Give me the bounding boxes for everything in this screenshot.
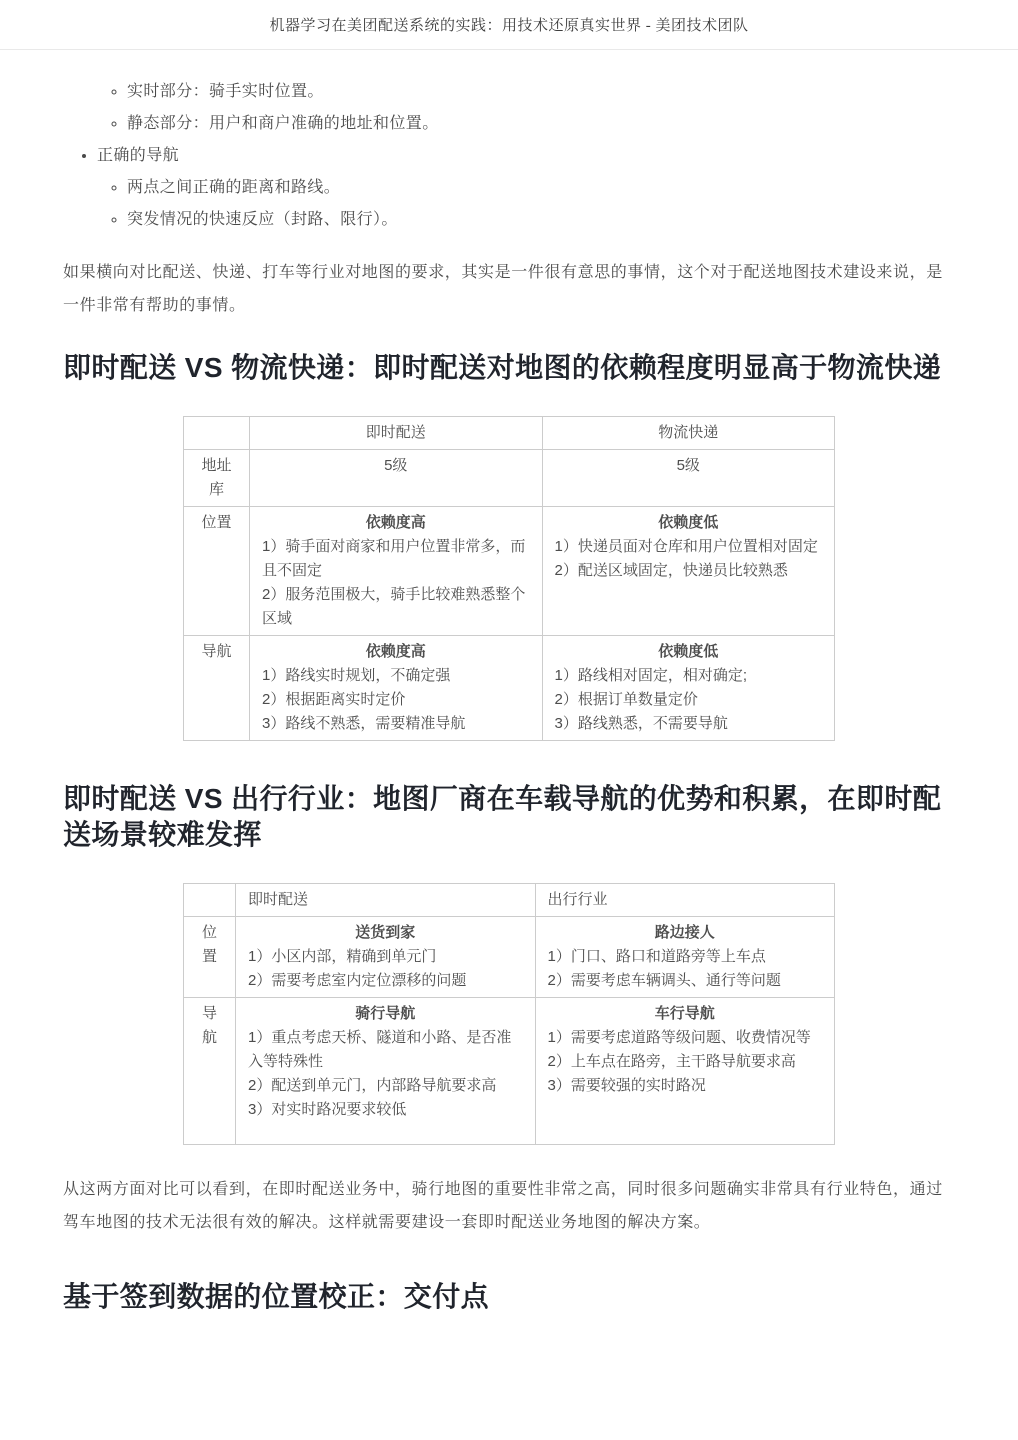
cell-line: 1）需要考虑道路等级问题、收费情况等	[548, 1026, 823, 1050]
cell-line: 3）路线不熟悉，需要精准导航	[262, 712, 530, 736]
table-row: 导航 骑行导航 1）重点考虑天桥、隧道和小路、是否准入等特殊性 2）配送到单元门…	[184, 998, 835, 1145]
table-cell: 骑行导航 1）重点考虑天桥、隧道和小路、是否准入等特殊性 2）配送到单元门，内部…	[236, 998, 536, 1145]
table-row: 导航 依赖度高 1）路线实时规划，不确定强 2）根据距离实时定价 3）路线不熟悉…	[184, 636, 835, 741]
table-cell: 车行导航 1）需要考虑道路等级问题、收费情况等 2）上车点在路旁，主干路导航要求…	[535, 998, 835, 1145]
table-cell: 依赖度低 1）路线相对固定，相对确定; 2）根据订单数量定价 3）路线熟悉，不需…	[542, 636, 835, 741]
cell-title: 送货到家	[248, 921, 523, 945]
table-header-cell	[184, 417, 250, 450]
table-header-cell	[184, 884, 236, 917]
table-cell: 依赖度高 1）骑手面对商家和用户位置非常多，而且不固定 2）服务范围极大，骑手比…	[250, 507, 543, 636]
cell-title: 车行导航	[548, 1002, 823, 1026]
cell-line: 2）根据订单数量定价	[555, 688, 823, 712]
table-header-cell: 即时配送	[236, 884, 536, 917]
cell-line: 3）路线熟悉，不需要导航	[555, 712, 823, 736]
cell-title: 依赖度高	[262, 640, 530, 664]
table-header-row: 即时配送 出行行业	[184, 884, 835, 917]
table-row: 位置 依赖度高 1）骑手面对商家和用户位置非常多，而且不固定 2）服务范围极大，…	[184, 507, 835, 636]
sub-bullet-list: 两点之间正确的距离和路线。 突发情况的快速反应（封路、限行）。	[97, 172, 955, 236]
cell-line: 2）上车点在路旁，主干路导航要求高	[548, 1050, 823, 1074]
cell-line: 1）路线实时规划，不确定强	[262, 664, 530, 688]
cell-line: 3）需要较强的实时路况	[548, 1074, 823, 1098]
list-item-label: 正确的导航	[97, 147, 179, 164]
cell-title: 依赖度低	[555, 511, 823, 535]
table-cell: 路边接人 1）门口、路口和道路旁等上车点 2）需要考虑车辆调头、通行等问题	[535, 917, 835, 998]
table-row: 地址库 5级 5级	[184, 450, 835, 507]
row-label: 导航	[184, 998, 236, 1145]
cell-line: 2）配送到单元门，内部路导航要求高	[248, 1074, 523, 1098]
list-item: 静态部分：用户和商户准确的地址和位置。	[127, 108, 955, 140]
table-cell: 依赖度低 1）快递员面对仓库和用户位置相对固定 2）配送区域固定，快递员比较熟悉	[542, 507, 835, 636]
document-title: 机器学习在美团配送系统的实践：用技术还原真实世界 - 美团技术团队	[270, 14, 749, 35]
table-cell: 5级	[250, 450, 543, 507]
cell-line: 2）配送区域固定，快递员比较熟悉	[555, 559, 823, 583]
paragraph-conclusion: 从这两方面对比可以看到，在即时配送业务中，骑行地图的重要性非常之高，同时很多问题…	[63, 1173, 955, 1239]
table-header-cell: 物流快递	[542, 417, 835, 450]
row-label: 位置	[184, 507, 250, 636]
section-heading-signin-correction: 基于签到数据的位置校正：交付点	[63, 1279, 955, 1315]
page: 机器学习在美团配送系统的实践：用技术还原真实世界 - 美团技术团队 实时部分：骑…	[0, 0, 1018, 1440]
list-item: 突发情况的快速反应（封路、限行）。	[127, 204, 955, 236]
row-label: 位置	[184, 917, 236, 998]
table-cell: 5级	[542, 450, 835, 507]
cell-line: 1）快递员面对仓库和用户位置相对固定	[555, 535, 823, 559]
cell-title: 路边接人	[548, 921, 823, 945]
table-header-row: 即时配送 物流快递	[184, 417, 835, 450]
comparison-table-delivery-vs-ridehailing: 即时配送 出行行业 位置 送货到家 1）小区内部，精确到单元门 2）需要考虑室内…	[183, 883, 835, 1145]
cell-line: 2）根据距离实时定价	[262, 688, 530, 712]
section-heading-delivery-vs-ridehailing: 即时配送 VS 出行行业：地图厂商在车载导航的优势和积累，在即时配送场景较难发挥	[63, 781, 955, 853]
comparison-table-delivery-vs-logistics: 即时配送 物流快递 地址库 5级 5级 位置 依赖度高 1）骑手面对商家和用户位…	[183, 416, 835, 741]
article-content: 实时部分：骑手实时位置。 静态部分：用户和商户准确的地址和位置。 正确的导航 两…	[0, 76, 1018, 1315]
print-header: 机器学习在美团配送系统的实践：用技术还原真实世界 - 美团技术团队	[0, 0, 1018, 50]
cell-line: 3）对实时路况要求较低	[248, 1098, 523, 1122]
table-cell: 依赖度高 1）路线实时规划，不确定强 2）根据距离实时定价 3）路线不熟悉，需要…	[250, 636, 543, 741]
list-item-continued: 实时部分：骑手实时位置。 静态部分：用户和商户准确的地址和位置。	[97, 76, 955, 140]
paragraph-intro: 如果横向对比配送、快递、打车等行业对地图的要求，其实是一件很有意思的事情，这个对…	[63, 256, 955, 322]
cell-title: 依赖度高	[262, 511, 530, 535]
sub-bullet-list: 实时部分：骑手实时位置。 静态部分：用户和商户准确的地址和位置。	[97, 76, 955, 140]
bullet-list: 实时部分：骑手实时位置。 静态部分：用户和商户准确的地址和位置。 正确的导航 两…	[63, 76, 955, 236]
section-heading-delivery-vs-logistics: 即时配送 VS 物流快递：即时配送对地图的依赖程度明显高于物流快递	[63, 350, 955, 386]
cell-line: 2）需要考虑车辆调头、通行等问题	[548, 969, 823, 993]
cell-line: 1）骑手面对商家和用户位置非常多，而且不固定	[262, 535, 530, 583]
list-item: 正确的导航 两点之间正确的距离和路线。 突发情况的快速反应（封路、限行）。	[97, 140, 955, 236]
cell-title: 骑行导航	[248, 1002, 523, 1026]
table-header-cell: 出行行业	[535, 884, 835, 917]
list-item: 两点之间正确的距离和路线。	[127, 172, 955, 204]
cell-title: 依赖度低	[555, 640, 823, 664]
list-item: 实时部分：骑手实时位置。	[127, 76, 955, 108]
cell-line: 2）服务范围极大，骑手比较难熟悉整个区域	[262, 583, 530, 631]
cell-line: 1）门口、路口和道路旁等上车点	[548, 945, 823, 969]
row-label: 导航	[184, 636, 250, 741]
table-cell: 送货到家 1）小区内部，精确到单元门 2）需要考虑室内定位漂移的问题	[236, 917, 536, 998]
table-header-cell: 即时配送	[250, 417, 543, 450]
cell-line: 1）重点考虑天桥、隧道和小路、是否准入等特殊性	[248, 1026, 523, 1074]
cell-line: 1）小区内部，精确到单元门	[248, 945, 523, 969]
cell-line: 1）路线相对固定，相对确定;	[555, 664, 823, 688]
table-row: 位置 送货到家 1）小区内部，精确到单元门 2）需要考虑室内定位漂移的问题 路边…	[184, 917, 835, 998]
row-label: 地址库	[184, 450, 250, 507]
cell-line: 2）需要考虑室内定位漂移的问题	[248, 969, 523, 993]
